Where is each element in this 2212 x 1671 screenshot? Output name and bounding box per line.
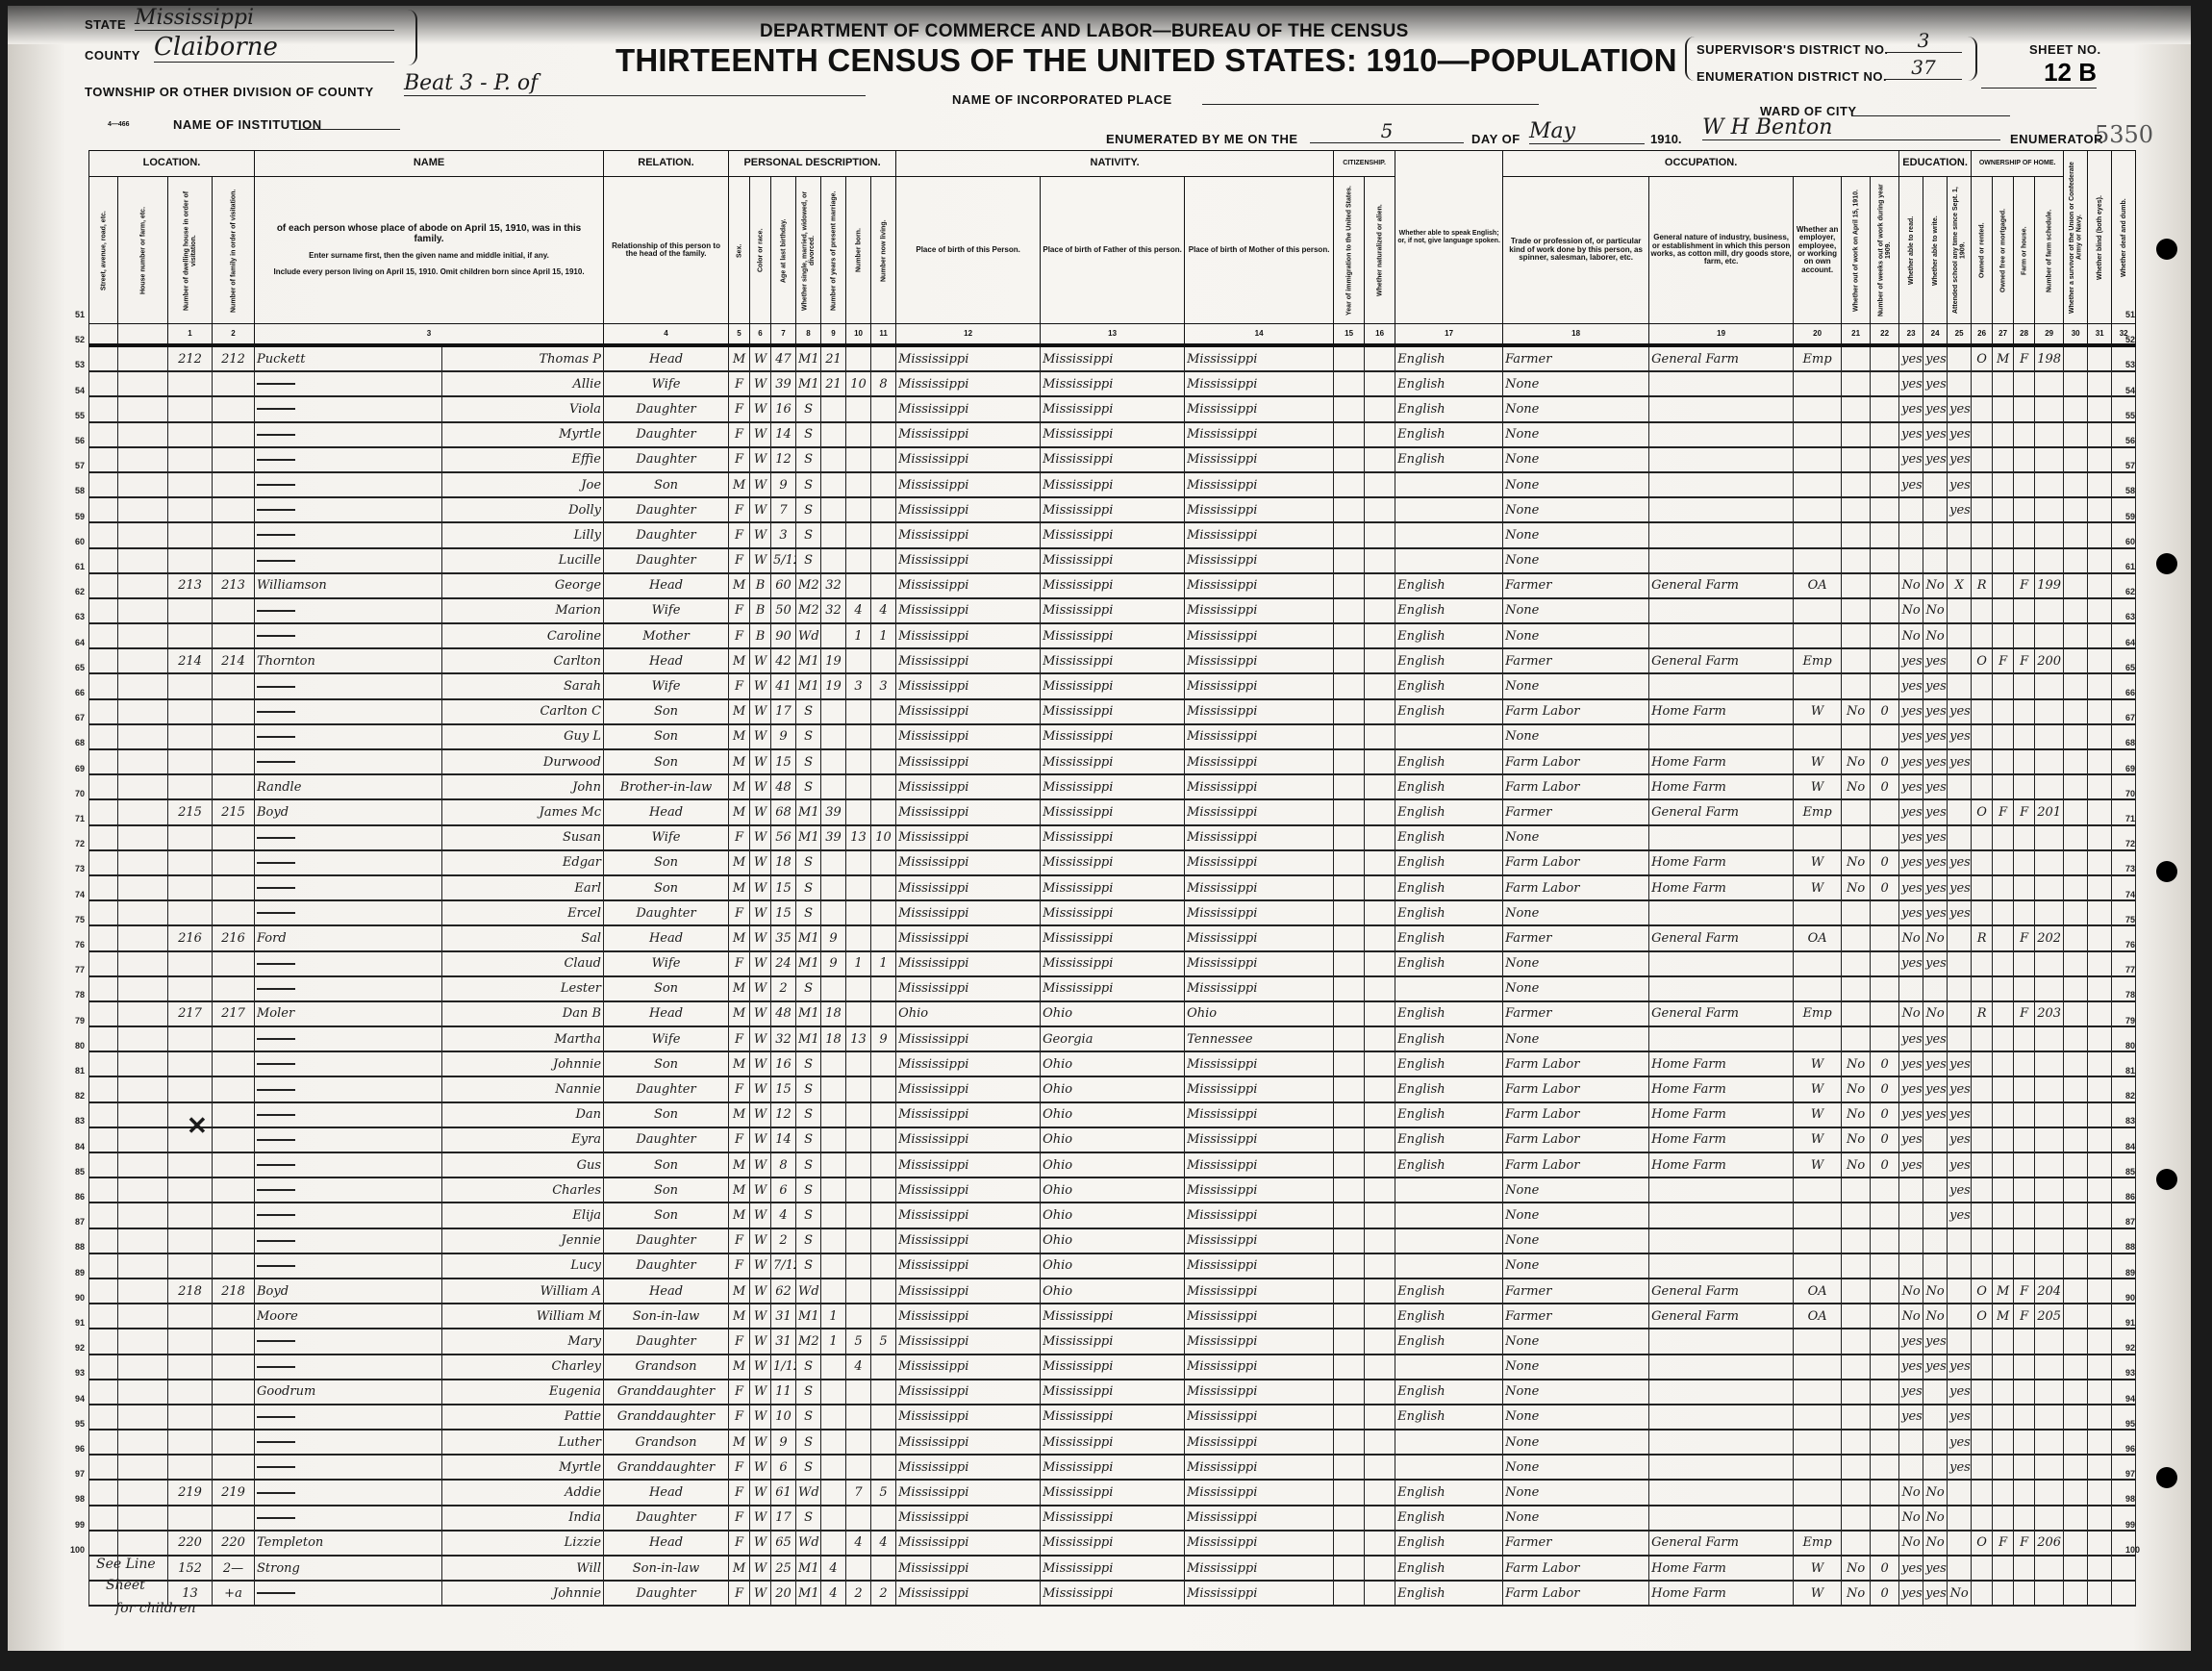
cell-wk — [1871, 1177, 1899, 1203]
cell-relation: Grandson — [604, 1355, 729, 1380]
cell-imm — [1334, 1152, 1365, 1177]
section-name: NAME — [255, 151, 604, 177]
cell-yrs: 4 — [821, 1556, 846, 1581]
cell-vet — [2064, 1380, 2088, 1405]
cell-sex: M — [729, 1430, 750, 1455]
cell-relation: Son — [604, 724, 729, 749]
ward-value — [1851, 102, 2010, 116]
cell-bm: Mississippi — [1185, 699, 1334, 724]
cell-trade: Farmer — [1503, 799, 1649, 824]
cell-house — [118, 396, 168, 421]
ditto-mark — [257, 1189, 295, 1191]
cell-street — [89, 1177, 118, 1203]
ditto-mark — [257, 1063, 295, 1065]
cell-fh — [2014, 1203, 2035, 1228]
cell-sex: M — [729, 1102, 750, 1127]
cell-bf: Mississippi — [1041, 472, 1185, 497]
cell-blind — [2088, 472, 2112, 497]
cell-emp: W — [1794, 774, 1842, 799]
column-number: 12 — [896, 324, 1041, 346]
cell-emp: Emp — [1794, 1001, 1842, 1026]
cell-bp: Mississippi — [896, 548, 1041, 573]
cell-nat — [1365, 447, 1395, 472]
cell-color: W — [750, 1581, 771, 1606]
table-row: DollyDaughterFW7SMississippiMississippiM… — [89, 497, 2136, 522]
cell-age: 15 — [771, 875, 796, 900]
cell-dwelling: 215 — [168, 799, 213, 824]
cell-write: No — [1923, 1279, 1948, 1304]
cell-sched — [2035, 1051, 2064, 1076]
cell-nat — [1365, 900, 1395, 925]
ditto-mark — [257, 1265, 295, 1267]
cell-surname — [255, 1152, 442, 1177]
cell-bf: Mississippi — [1041, 598, 1185, 623]
cell-fh: F — [2014, 1001, 2035, 1026]
cell-free — [1993, 371, 2014, 396]
cell-sched — [2035, 951, 2064, 976]
cell-read: No — [1899, 1001, 1923, 1026]
cell-fh — [2014, 1480, 2035, 1505]
cell-dwelling — [168, 749, 213, 774]
cell-living: 5 — [871, 1480, 896, 1505]
cell-vet — [2064, 648, 2088, 673]
cell-sex: F — [729, 422, 750, 447]
cell-bp: Mississippi — [896, 648, 1041, 673]
line-number: 52 — [56, 335, 85, 344]
cell-surname — [255, 825, 442, 850]
cell-color: W — [750, 1001, 771, 1026]
cell-living — [871, 1556, 896, 1581]
cell-industry — [1649, 724, 1794, 749]
cell-born — [846, 1380, 871, 1405]
cell-free — [1993, 1127, 2014, 1152]
cell-read: yes — [1899, 1102, 1923, 1127]
cell-trade: None — [1503, 724, 1649, 749]
cell-ow — [1842, 1380, 1871, 1405]
cell-nat — [1365, 925, 1395, 950]
cell-color: W — [750, 774, 771, 799]
cell-color: W — [750, 1455, 771, 1480]
cell-dwelling: 217 — [168, 1001, 213, 1026]
ward-label: WARD OF CITY — [1760, 104, 1857, 118]
cell-house — [118, 548, 168, 573]
cell-age: 42 — [771, 648, 796, 673]
cell-surname — [255, 447, 442, 472]
cell-write — [1923, 1253, 1948, 1279]
cell-sched — [2035, 472, 2064, 497]
line-number: 53 — [2125, 360, 2154, 369]
cell-bf: Mississippi — [1041, 1556, 1185, 1581]
cell-bp: Mississippi — [896, 1355, 1041, 1380]
cell-own — [1972, 1203, 1993, 1228]
cell-industry — [1649, 598, 1794, 623]
table-row: IndiaDaughterFW17SMississippiMississippi… — [89, 1506, 2136, 1531]
enumerator-name: W H Benton — [1702, 115, 2000, 140]
cell-relation: Daughter — [604, 1253, 729, 1279]
column-number: 8 — [796, 324, 821, 346]
year: 1910. — [1650, 132, 1682, 146]
cell-dwelling — [168, 522, 213, 547]
cell-house — [118, 976, 168, 1001]
cell-bf: Mississippi — [1041, 522, 1185, 547]
cell-write: yes — [1923, 371, 1948, 396]
line-number: 60 — [56, 537, 85, 546]
cell-blind — [2088, 1203, 2112, 1228]
cell-bp: Mississippi — [896, 1506, 1041, 1531]
section-personal-description: PERSONAL DESCRIPTION. — [729, 151, 896, 177]
cell-age: 5/12 — [771, 548, 796, 573]
cell-industry: Home Farm — [1649, 1102, 1794, 1127]
cell-sch: yes — [1948, 850, 1972, 875]
cell-ow — [1842, 799, 1871, 824]
cell-bm: Mississippi — [1185, 1430, 1334, 1455]
cell-age: 32 — [771, 1026, 796, 1051]
line-number: 55 — [56, 411, 85, 420]
cell-sched — [2035, 1253, 2064, 1279]
cell-free — [1993, 724, 2014, 749]
column-number: 1 — [168, 324, 213, 346]
cell-trade: None — [1503, 422, 1649, 447]
cell-blind — [2088, 1430, 2112, 1455]
cell-blind — [2088, 1152, 2112, 1177]
punch-hole — [2156, 239, 2177, 260]
census-table: LOCATION. NAME RELATION. PERSONAL DESCRI… — [88, 150, 2136, 1607]
cell-lang: English — [1395, 774, 1503, 799]
cell-family: 217 — [213, 1001, 255, 1026]
cell-relation: Head — [604, 925, 729, 950]
section-ownership: OWNERSHIP OF HOME. — [1972, 151, 2064, 177]
cell-industry — [1649, 1480, 1794, 1505]
table-row: 220220TempletonLizzieHeadFW65Wd44Mississ… — [89, 1531, 2136, 1556]
cell-trade: None — [1503, 1455, 1649, 1480]
cell-bp: Mississippi — [896, 749, 1041, 774]
page-title: THIRTEENTH CENSUS OF THE UNITED STATES: … — [616, 42, 1677, 79]
cell-vet — [2064, 1581, 2088, 1606]
cell-bm: Ohio — [1185, 1001, 1334, 1026]
cell-house — [118, 345, 168, 371]
line-number: 81 — [2125, 1066, 2154, 1076]
cell-bp: Mississippi — [896, 1329, 1041, 1354]
line-number: 95 — [56, 1419, 85, 1429]
cell-age: 17 — [771, 699, 796, 724]
cell-sch — [1948, 1304, 1972, 1329]
cell-blind — [2088, 1026, 2112, 1051]
cell-bf: Mississippi — [1041, 951, 1185, 976]
line-number: 91 — [2125, 1318, 2154, 1328]
cell-born: 3 — [846, 673, 871, 698]
cell-born — [846, 976, 871, 1001]
line-number: 59 — [2125, 512, 2154, 521]
cell-house — [118, 1253, 168, 1279]
cell-vet — [2064, 1177, 2088, 1203]
cell-bp: Mississippi — [896, 522, 1041, 547]
cell-read: No — [1899, 1480, 1923, 1505]
cell-color: W — [750, 648, 771, 673]
cell-yrs — [821, 699, 846, 724]
cell-own — [1972, 396, 1993, 421]
cell-emp — [1794, 371, 1842, 396]
cell-dwelling — [168, 598, 213, 623]
cell-color: W — [750, 1405, 771, 1430]
cell-living — [871, 396, 896, 421]
cell-vet — [2064, 673, 2088, 698]
cell-blind — [2088, 1127, 2112, 1152]
cell-sched — [2035, 976, 2064, 1001]
cell-sched — [2035, 497, 2064, 522]
cell-imm — [1334, 1531, 1365, 1556]
cell-own — [1972, 522, 1993, 547]
column-children-living: Number now living. — [871, 177, 896, 324]
ditto-mark — [257, 635, 295, 637]
cell-house — [118, 699, 168, 724]
cell-given: Charley — [442, 1355, 604, 1380]
cell-yrs: 21 — [821, 371, 846, 396]
cell-bp: Mississippi — [896, 724, 1041, 749]
cell-bm: Mississippi — [1185, 900, 1334, 925]
cell-blind — [2088, 1581, 2112, 1606]
cell-sex: F — [729, 371, 750, 396]
line-number: 51 — [56, 310, 85, 319]
cell-sex: F — [729, 548, 750, 573]
cell-wk — [1871, 1001, 1899, 1026]
cell-bf: Mississippi — [1041, 648, 1185, 673]
cell-street — [89, 1430, 118, 1455]
cell-industry: Home Farm — [1649, 1127, 1794, 1152]
cell-industry: Home Farm — [1649, 1076, 1794, 1101]
cell-family — [213, 1076, 255, 1101]
section-education: EDUCATION. — [1899, 151, 1972, 177]
cell-living — [871, 699, 896, 724]
cell-given: Guy L — [442, 724, 604, 749]
cell-living — [871, 925, 896, 950]
cell-lang: English — [1395, 1279, 1503, 1304]
sheet-label: SHEET NO. — [2029, 42, 2101, 57]
cell-imm — [1334, 1127, 1365, 1152]
cell-sched — [2035, 699, 2064, 724]
cell-living — [871, 799, 896, 824]
cell-yrs: 39 — [821, 825, 846, 850]
cell-bp: Mississippi — [896, 774, 1041, 799]
institution-value — [294, 115, 400, 130]
column-farm-schedule: Number of farm schedule. — [2035, 177, 2064, 324]
cell-bp: Mississippi — [896, 1304, 1041, 1329]
bracket — [1968, 37, 1977, 81]
cell-family — [213, 774, 255, 799]
cell-nat — [1365, 1430, 1395, 1455]
cell-house — [118, 1506, 168, 1531]
cell-emp — [1794, 724, 1842, 749]
cell-fh — [2014, 850, 2035, 875]
cell-wk — [1871, 573, 1899, 598]
column-number: 28 — [2014, 324, 2035, 346]
cell-surname: Thornton — [255, 648, 442, 673]
column-marital: Whether single, married, widowed, or div… — [796, 177, 821, 324]
cell-blind — [2088, 925, 2112, 950]
cell-given: Mary — [442, 1329, 604, 1354]
cell-sex: F — [729, 623, 750, 648]
cell-imm — [1334, 900, 1365, 925]
cell-emp: W — [1794, 875, 1842, 900]
cell-yrs — [821, 724, 846, 749]
cell-dwelling — [168, 1355, 213, 1380]
cell-trade: Farm Labor — [1503, 699, 1649, 724]
cell-sch — [1948, 825, 1972, 850]
cell-bf: Mississippi — [1041, 371, 1185, 396]
cell-color: W — [750, 799, 771, 824]
cell-relation: Head — [604, 345, 729, 371]
cell-street — [89, 598, 118, 623]
cell-relation: Son — [604, 699, 729, 724]
cell-blind — [2088, 1480, 2112, 1505]
cell-sched — [2035, 1203, 2064, 1228]
cell-yrs: 32 — [821, 598, 846, 623]
cell-color: W — [750, 976, 771, 1001]
cell-bp: Mississippi — [896, 699, 1041, 724]
cell-emp: W — [1794, 1102, 1842, 1127]
ditto-mark — [257, 862, 295, 864]
cell-emp — [1794, 623, 1842, 648]
cell-own — [1972, 900, 1993, 925]
line-number: 58 — [56, 486, 85, 495]
cell-age: 8 — [771, 1152, 796, 1177]
cell-free: M — [1993, 345, 2014, 371]
cell-street — [89, 699, 118, 724]
table-row: MooreWilliam MSon-in-lawMW31M11Mississip… — [89, 1304, 2136, 1329]
cell-family — [213, 623, 255, 648]
cell-ow: No — [1842, 1102, 1871, 1127]
cell-read: No — [1899, 1279, 1923, 1304]
cell-family: 214 — [213, 648, 255, 673]
cell-bp: Mississippi — [896, 1581, 1041, 1606]
cell-living — [871, 1127, 896, 1152]
cell-dwelling: 213 — [168, 573, 213, 598]
cell-dwelling — [168, 1430, 213, 1455]
cell-color: W — [750, 1531, 771, 1556]
cell-own: R — [1972, 1001, 1993, 1026]
cell-own — [1972, 422, 1993, 447]
cell-dwelling — [168, 951, 213, 976]
cell-free — [1993, 522, 2014, 547]
cell-sch: X — [1948, 573, 1972, 598]
cell-family — [213, 522, 255, 547]
cell-emp — [1794, 1380, 1842, 1405]
cell-bf: Mississippi — [1041, 799, 1185, 824]
cell-wk: 0 — [1871, 875, 1899, 900]
cell-vet — [2064, 345, 2088, 371]
cell-relation: Son — [604, 1152, 729, 1177]
cell-bm: Mississippi — [1185, 345, 1334, 371]
cell-trade: None — [1503, 900, 1649, 925]
cell-street — [89, 976, 118, 1001]
cell-lang: English — [1395, 1127, 1503, 1152]
cell-relation: Son — [604, 1177, 729, 1203]
cell-read: yes — [1899, 673, 1923, 698]
cell-imm — [1334, 699, 1365, 724]
line-number: 82 — [2125, 1091, 2154, 1101]
cell-nat — [1365, 548, 1395, 573]
cell-bf: Mississippi — [1041, 1480, 1185, 1505]
cell-sch: yes — [1948, 1203, 1972, 1228]
cell-fh — [2014, 1329, 2035, 1354]
cell-given: Earl — [442, 875, 604, 900]
cell-vet — [2064, 1531, 2088, 1556]
cell-bm: Mississippi — [1185, 1355, 1334, 1380]
cell-surname — [255, 472, 442, 497]
cell-imm — [1334, 396, 1365, 421]
cell-street — [89, 1304, 118, 1329]
cell-trade: None — [1503, 673, 1649, 698]
cell-age: 7/12 — [771, 1253, 796, 1279]
cell-bp: Mississippi — [896, 875, 1041, 900]
cell-nat — [1365, 472, 1395, 497]
cell-free — [1993, 673, 2014, 698]
cell-bm: Mississippi — [1185, 976, 1334, 1001]
cell-read: yes — [1899, 799, 1923, 824]
incorporated-place-value — [1202, 90, 1539, 105]
cell-bf: Mississippi — [1041, 548, 1185, 573]
cell-blind — [2088, 699, 2112, 724]
cell-marital: S — [796, 749, 821, 774]
enumerator-label: ENUMERATOR — [2010, 132, 2103, 146]
line-number: 78 — [56, 990, 85, 1000]
cell-fh — [2014, 1051, 2035, 1076]
cell-blind — [2088, 1076, 2112, 1101]
cell-bp: Ohio — [896, 1001, 1041, 1026]
cell-born — [846, 1405, 871, 1430]
cell-living — [871, 548, 896, 573]
cell-born — [846, 497, 871, 522]
cell-living — [871, 422, 896, 447]
cell-bm: Mississippi — [1185, 422, 1334, 447]
cell-relation: Head — [604, 648, 729, 673]
cell-bp: Mississippi — [896, 1253, 1041, 1279]
cell-given: Susan — [442, 825, 604, 850]
cell-sched — [2035, 1329, 2064, 1354]
cell-living — [871, 976, 896, 1001]
cell-vet — [2064, 699, 2088, 724]
cell-bf: Mississippi — [1041, 774, 1185, 799]
cell-house — [118, 573, 168, 598]
cell-living — [871, 1279, 896, 1304]
cell-surname — [255, 1480, 442, 1505]
cell-read: yes — [1899, 396, 1923, 421]
cell-house — [118, 799, 168, 824]
cell-living — [871, 1152, 896, 1177]
cell-free — [1993, 749, 2014, 774]
line-number: 87 — [56, 1217, 85, 1227]
cell-sch — [1948, 1329, 1972, 1354]
cell-house — [118, 1455, 168, 1480]
cell-yrs — [821, 497, 846, 522]
cell-write: yes — [1923, 1026, 1948, 1051]
cell-dwelling — [168, 422, 213, 447]
cell-imm — [1334, 1026, 1365, 1051]
cell-nat — [1365, 1127, 1395, 1152]
cell-bp: Mississippi — [896, 1127, 1041, 1152]
cell-industry — [1649, 951, 1794, 976]
cell-bp: Mississippi — [896, 1405, 1041, 1430]
cell-write — [1923, 1430, 1948, 1455]
cell-born: 4 — [846, 1531, 871, 1556]
cell-family — [213, 1430, 255, 1455]
cell-given: Eyra — [442, 1127, 604, 1152]
cell-relation: Daughter — [604, 548, 729, 573]
cell-nat — [1365, 1480, 1395, 1505]
cell-age: 7 — [771, 497, 796, 522]
cell-bp: Mississippi — [896, 1076, 1041, 1101]
column-street: Street, avenue, road, etc. — [89, 177, 118, 324]
cell-blind — [2088, 1405, 2112, 1430]
